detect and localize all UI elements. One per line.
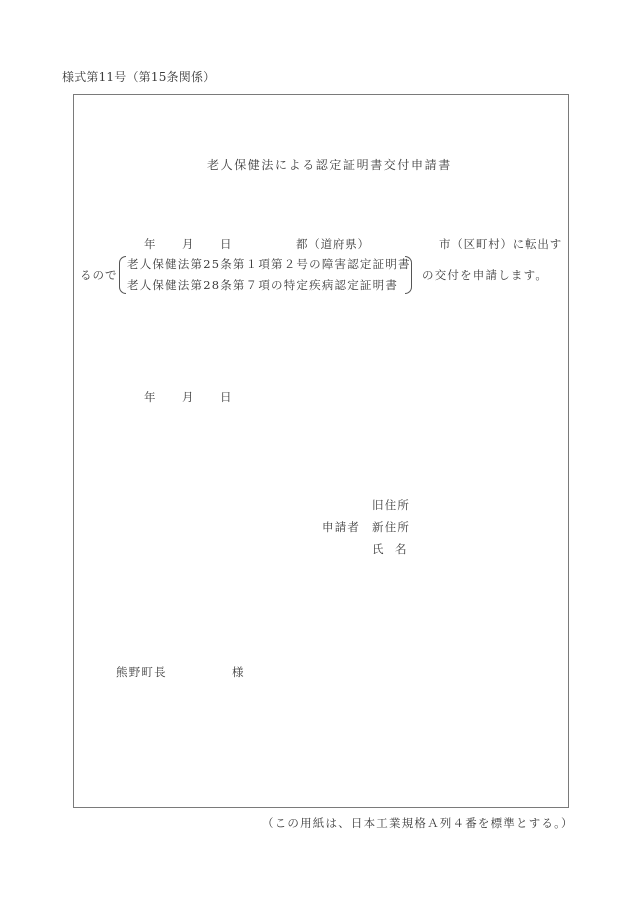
option-disability-certificate: 老人保健法第25条第１項第２号の障害認定証明書: [127, 256, 411, 272]
recipient-title: 熊野町長: [116, 664, 167, 680]
recipient-honorific: 様: [232, 664, 244, 680]
date-day-label: 日: [220, 389, 232, 405]
transfer-day-label: 日: [220, 236, 232, 252]
right-brace: [405, 256, 412, 294]
paper-size-note: （この用紙は、日本工業規格Ａ列４番を標準とする。）: [262, 815, 574, 831]
old-address-label: 旧住所: [372, 497, 410, 513]
form-number: 様式第11号（第15条関係）: [62, 68, 215, 85]
option-specific-disease-certificate: 老人保健法第28条第７項の特定疾病認定証明書: [127, 277, 398, 293]
prefecture-label: 都（道府県）: [296, 236, 370, 252]
transfer-month-label: 月: [182, 236, 194, 252]
new-address-label: 新住所: [372, 519, 410, 535]
row2-prefix: るので: [80, 267, 118, 283]
date-year-label: 年: [144, 389, 156, 405]
left-brace: [119, 256, 126, 294]
form-frame: [73, 94, 569, 808]
applicant-label: 申請者: [322, 519, 360, 535]
name-label: 氏 名: [372, 541, 407, 557]
transfer-year-label: 年: [144, 236, 156, 252]
city-label: 市（区町村）に転出す: [439, 236, 562, 252]
request-suffix: の交付を申請します。: [422, 267, 548, 283]
form-title: 老人保健法による認定証明書交付申請書: [207, 156, 452, 173]
date-month-label: 月: [182, 389, 194, 405]
